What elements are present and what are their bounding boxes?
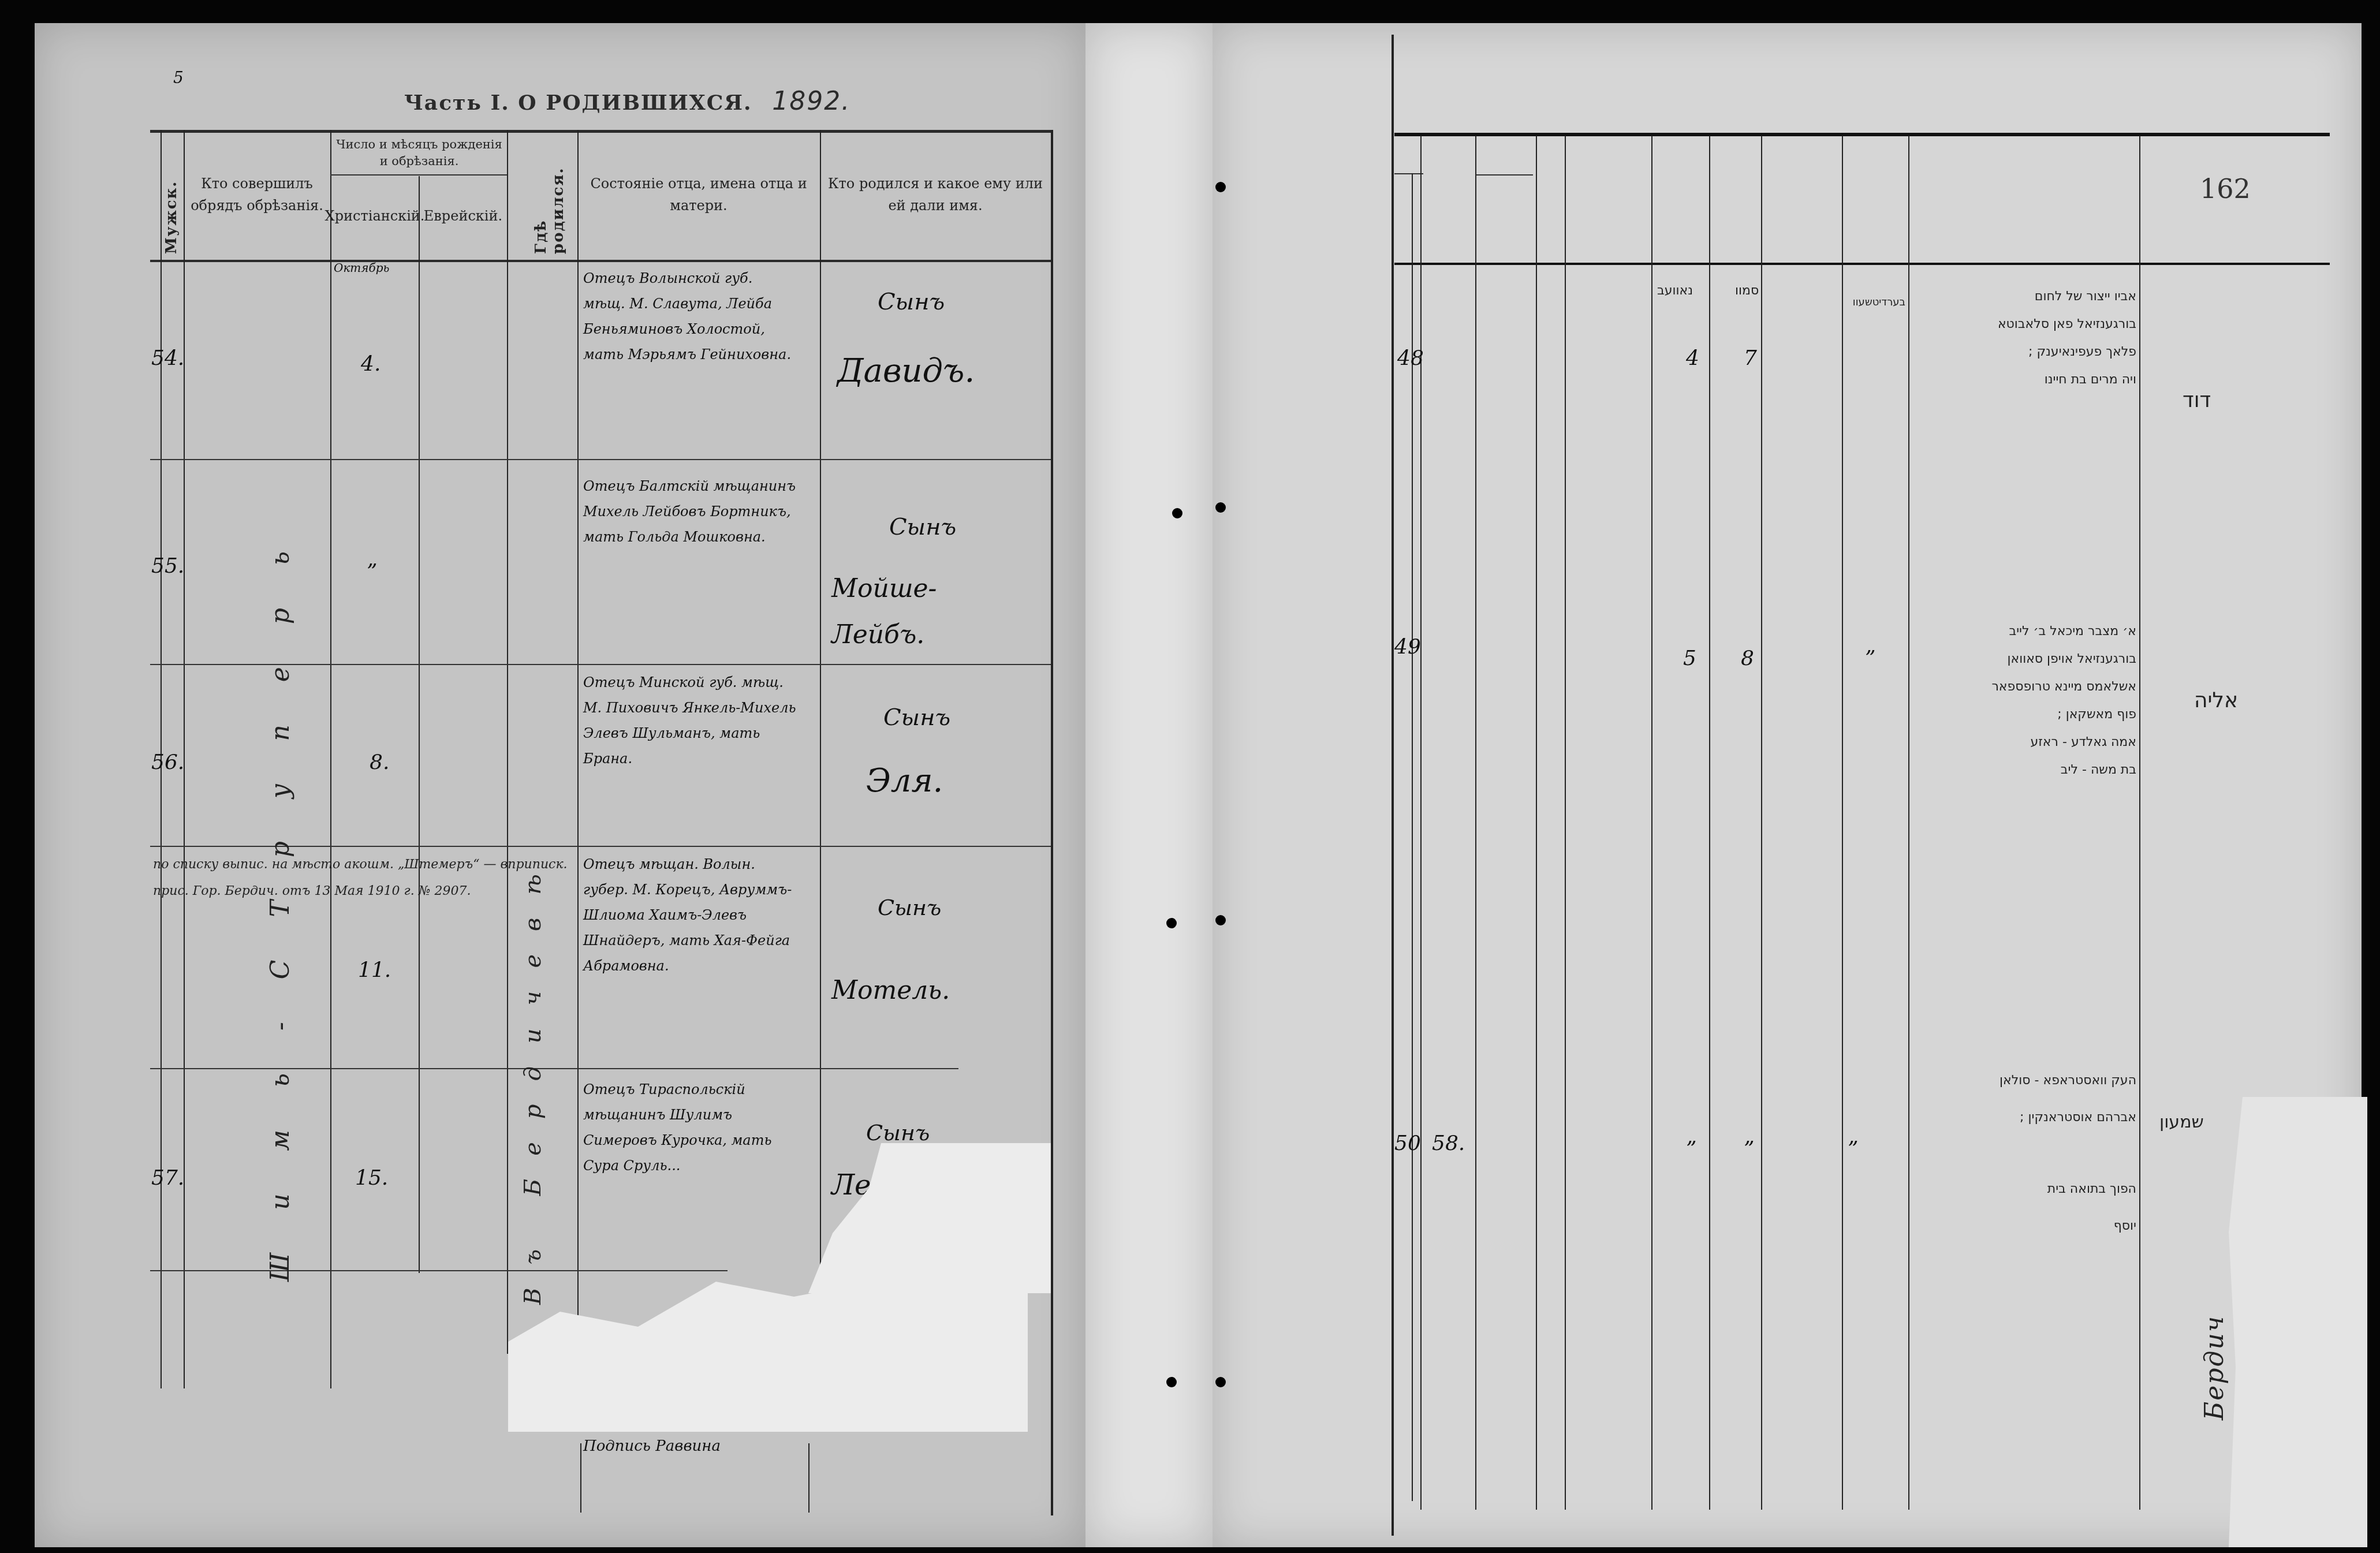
- col-line: [580, 1443, 581, 1513]
- entry-place: בערדיטשעוו: [1845, 289, 1905, 316]
- col-line: [330, 130, 331, 1388]
- entry-place: ”: [1865, 647, 1875, 670]
- entry-day: 15.: [355, 1166, 388, 1190]
- col-line: [1420, 136, 1422, 1510]
- entry-child-name: Мойше-Лейбъ.: [831, 566, 1005, 658]
- punch-hole: [1215, 1377, 1226, 1387]
- col-header-christian: Христіанскій.: [331, 176, 418, 257]
- entry-child-name: Эля.: [866, 762, 943, 800]
- punch-hole: [1215, 182, 1226, 192]
- col-line: [1565, 136, 1566, 1510]
- entry-number: 50: [1394, 1132, 1421, 1155]
- right-page-border: [1392, 35, 1394, 1536]
- birthplace: Въ Бердичевѣ: [520, 323, 546, 1305]
- entry-number: 56.: [151, 751, 184, 774]
- torn-paper-area: [2229, 1097, 2367, 1547]
- col-header-circumciser: Кто совершилъ обрядъ обрѣзанія.: [185, 133, 329, 257]
- right-header-top-rule: [1394, 133, 2330, 136]
- entry-day-a: 4: [1686, 346, 1699, 370]
- title-year: 1892.: [772, 87, 850, 116]
- entry-parents: Отецъ Тираспольскій мѣщанинъ Шулимъ Симе…: [583, 1077, 797, 1178]
- margin-note: по списку выпис. на мѣсто акошм. „Штемер…: [153, 852, 580, 905]
- col-line: [2139, 136, 2140, 1510]
- entry-number: 49: [1394, 635, 1421, 659]
- entry-relation: Сынъ: [878, 289, 945, 315]
- row-divider: [150, 1270, 728, 1271]
- punch-hole: [1215, 502, 1226, 513]
- entry-day-b: ”: [1744, 1137, 1754, 1161]
- subheader-rule: [330, 174, 507, 176]
- entry-number-b: 58.: [1432, 1132, 1465, 1155]
- entry-month: Октябрь: [334, 261, 389, 275]
- date-header-a: נאוועב: [1657, 277, 1693, 305]
- punch-hole: [1215, 915, 1226, 925]
- entry-day: ”: [367, 560, 377, 584]
- col-line: [1761, 136, 1762, 1510]
- entry-child-name: אליה: [2194, 687, 2238, 715]
- entry-number: 54.: [151, 346, 184, 370]
- col-line: [419, 176, 420, 1273]
- col-line: [1842, 136, 1843, 1510]
- col-header-parents: Состояніе отца, имена отца и матери.: [583, 133, 814, 257]
- entry-parents: Отецъ мѣщан. Волын. губер. М. Корецъ, Ав…: [583, 852, 797, 979]
- col-line: [1051, 130, 1053, 1515]
- date-header-b: סמוו: [1735, 277, 1759, 305]
- subheader-rule: [1475, 174, 1533, 176]
- entry-child-name: שמעון: [2159, 1108, 2204, 1136]
- col-line: [577, 130, 579, 1371]
- entry-day: 4.: [361, 352, 380, 376]
- title-text: Часть I. О РОДИВШИХСЯ.: [404, 91, 752, 115]
- entry-child-name: דוד: [2183, 387, 2211, 415]
- punch-hole: [1166, 1377, 1177, 1387]
- header-bottom-rule: [150, 260, 1051, 262]
- center-blank-sheet: [1085, 23, 1213, 1547]
- entry-parents: א׳ מצבר מיכאל ב׳ לייב בורגענזיאל אויפן ס…: [1911, 618, 2136, 784]
- col-line: [1908, 136, 1909, 1510]
- entry-child-name: Мотель.: [831, 976, 950, 1005]
- col-header-child: Кто родился и какое ему или ей дали имя.: [823, 133, 1048, 257]
- entry-number: 48: [1397, 346, 1424, 370]
- entry-day-b: 8: [1741, 647, 1754, 670]
- entry-relation: Сынъ: [883, 704, 950, 731]
- circumciser-name: Ш и м ь - С Т р у п е р ь: [266, 300, 295, 1282]
- entry-number: 55.: [151, 554, 184, 578]
- punch-hole: [1166, 918, 1177, 928]
- entry-number: 57.: [151, 1166, 184, 1190]
- col-line: [808, 1443, 810, 1513]
- col-header-date: Число и мѣсяцъ рожденія и обрѣзанія.: [331, 132, 507, 174]
- signature: Подпись Раввина: [583, 1438, 721, 1455]
- entry-day: 8.: [370, 751, 389, 774]
- col-header-place: Гдѣ родился.: [532, 144, 567, 254]
- entry-day-a: 5: [1683, 647, 1696, 670]
- corner-mark: 5: [173, 68, 184, 87]
- col-header-gender: Мужск.: [163, 173, 180, 254]
- page-title: Часть I. О РОДИВШИХСЯ. 1892.: [404, 87, 850, 116]
- entry-relation: Сынъ: [889, 514, 956, 540]
- punch-hole: [1172, 508, 1182, 518]
- right-header-bottom-rule: [1394, 263, 2330, 265]
- entry-day: 11.: [358, 958, 391, 982]
- entry-relation: Сынъ: [878, 895, 941, 920]
- entry-place: ”: [1848, 1137, 1858, 1161]
- page-number: 162: [2200, 173, 2251, 204]
- col-line: [820, 130, 821, 1285]
- col-line: [1536, 136, 1537, 1510]
- entry-day-b: 7: [1744, 346, 1757, 370]
- entry-child-name: Давидъ.: [837, 352, 975, 390]
- entry-parents: Отецъ Балтскій мѣщанинъ Михель Лейбовъ Б…: [583, 473, 797, 550]
- subheader-rule: [1394, 173, 1423, 174]
- col-line: [507, 130, 508, 1354]
- col-line: [1475, 136, 1476, 1510]
- col-line: [1412, 173, 1413, 1501]
- entry-relation: Сынъ: [866, 1120, 930, 1145]
- margin-vertical-note: Бердич: [2200, 1270, 2229, 1420]
- entry-day-a: ”: [1686, 1137, 1696, 1161]
- col-header-jewish: Еврейскій.: [420, 176, 506, 257]
- entry-parents: אביו ייצור של לחום בורגענזיאל פאן סלאבוט…: [1911, 283, 2136, 394]
- entry-parents: Отецъ Волынской губ. мѣщ. М. Славута, Ле…: [583, 266, 797, 367]
- entry-parents: העק וואסטראפא - סולאן אברהם אוסטראנקין ;…: [1911, 1062, 2136, 1245]
- col-line: [1709, 136, 1710, 1510]
- col-line: [1651, 136, 1652, 1510]
- right-register-page: [1213, 23, 2362, 1547]
- entry-parents: Отецъ Минской губ. мѣщ. М. Пиховичъ Янке…: [583, 670, 797, 771]
